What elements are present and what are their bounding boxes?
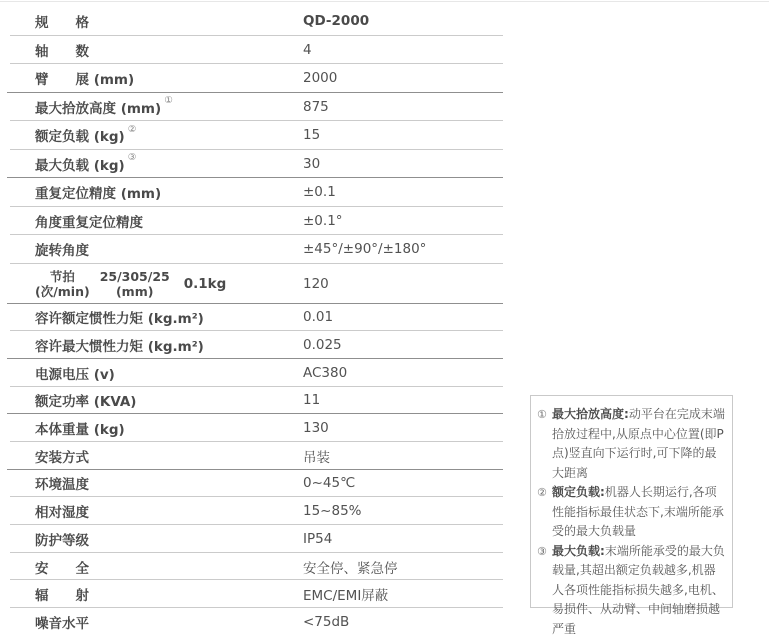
- spec-sheet: 规 格QD-2000轴 数4臂 展 (mm)2000最大拾放高度 (mm)①87…: [0, 0, 769, 641]
- footnote-number: ②: [537, 483, 552, 503]
- stacked-top: 25/305/25: [100, 269, 170, 284]
- row-label: 噪音水平: [7, 612, 303, 632]
- row-value: ±0.1°: [303, 213, 343, 229]
- footnotes-box: ①最大拾放高度:动平台在完成末端拾放过程中,从原点中心位置(即P点)竖直向下运行…: [530, 395, 733, 608]
- footnote-term: 最大拾放高度:: [552, 407, 629, 421]
- row-label: 轴 数: [7, 40, 303, 60]
- row-label: 臂 展 (mm): [7, 68, 303, 88]
- row-value: 安全停、紧急停: [303, 557, 398, 577]
- table-row: 额定功率 (KVA)11: [7, 387, 503, 415]
- row-label-text: 防护等级: [35, 529, 89, 549]
- row-label-text: 相对湿度: [35, 501, 89, 521]
- table-row: 安 全安全停、紧急停: [7, 553, 503, 581]
- row-label-text: 容许额定惯性力矩 (kg.m²): [35, 307, 204, 327]
- table-row: 最大负载 (kg)③30: [7, 150, 503, 179]
- footnote-marker: ①: [164, 95, 173, 106]
- row-value: QD-2000: [303, 13, 369, 29]
- table-row: 安装方式吊装: [7, 442, 503, 470]
- row-label-text: 本体重量 (kg): [35, 418, 125, 438]
- row-label-text: 环境温度: [35, 473, 89, 493]
- footnote: ①最大拾放高度:动平台在完成末端拾放过程中,从原点中心位置(即P点)竖直向下运行…: [537, 405, 725, 483]
- row-label: 规 格: [7, 11, 303, 31]
- footnote: ②额定负载:机器人长期运行,各项性能指标最佳状态下,末端所能承受的最大负载量: [537, 483, 725, 542]
- footnote: ③最大负载:末端所能承受的最大负载量,其超出额定负载越多,机器人各项性能指标损失…: [537, 542, 725, 640]
- row-value: 30: [303, 156, 320, 172]
- row-value: 2000: [303, 70, 337, 86]
- stacked-bottom: (次/min): [35, 284, 90, 299]
- row-value: 0.01: [303, 309, 333, 325]
- footnote-term: 最大负载:: [552, 544, 605, 558]
- row-label-text: 电源电压 (v): [35, 363, 115, 383]
- row-label: 环境温度: [7, 473, 303, 493]
- row-value: ±0.1: [303, 184, 336, 200]
- row-label: 安 全: [7, 557, 303, 577]
- row-label: 安装方式: [7, 446, 303, 466]
- footnote-text: 最大拾放高度:动平台在完成末端拾放过程中,从原点中心位置(即P点)竖直向下运行时…: [552, 405, 725, 483]
- stacked-bottom: (mm): [116, 284, 153, 299]
- row-label: 节拍(次/min)25/305/25(mm)0.1kg: [7, 269, 303, 299]
- row-label: 额定功率 (KVA): [7, 390, 303, 410]
- row-label: 额定负载 (kg)②: [7, 125, 303, 145]
- table-row: 规 格QD-2000: [7, 7, 503, 36]
- row-value: IP54: [303, 531, 332, 547]
- row-label: 容许额定惯性力矩 (kg.m²): [7, 307, 303, 327]
- row-label-text: 噪音水平: [35, 612, 89, 632]
- row-label-text: 额定功率 (KVA): [35, 390, 136, 410]
- table-row: 臂 展 (mm)2000: [7, 64, 503, 93]
- row-label: 角度重复定位精度: [7, 211, 303, 231]
- table-row: 辐 射EMC/EMI屏蔽: [7, 580, 503, 608]
- row-label: 重复定位精度 (mm): [7, 182, 303, 202]
- footnote-marker: ②: [128, 124, 137, 135]
- row-value: 4: [303, 42, 312, 58]
- table-row: 容许最大惯性力矩 (kg.m²)0.025: [7, 331, 503, 359]
- table-row: 重复定位精度 (mm)±0.1: [7, 178, 503, 207]
- row-label-text: 规 格: [35, 11, 89, 31]
- row-value: 120: [303, 276, 329, 292]
- row-label-stacked: 节拍(次/min): [35, 269, 90, 299]
- row-value: 0.025: [303, 337, 342, 353]
- row-label-stacked: 25/305/25(mm): [100, 269, 170, 299]
- footnote-term: 额定负载:: [552, 485, 605, 499]
- table-row: 相对湿度15~85%: [7, 497, 503, 525]
- row-label-text: 安装方式: [35, 446, 89, 466]
- row-label-text: 旋转角度: [35, 239, 89, 259]
- table-row: 旋转角度±45°/±90°/±180°: [7, 235, 503, 264]
- row-label-text: 安 全: [35, 557, 89, 577]
- table-row: 角度重复定位精度±0.1°: [7, 207, 503, 236]
- table-row: 容许额定惯性力矩 (kg.m²)0.01: [7, 304, 503, 332]
- row-value: 875: [303, 99, 329, 115]
- row-label-text: 轴 数: [35, 40, 89, 60]
- row-label-text: 最大拾放高度 (mm): [35, 97, 161, 117]
- row-label-extra: 0.1kg: [184, 276, 227, 292]
- row-label-text: 角度重复定位精度: [35, 211, 143, 231]
- row-value: EMC/EMI屏蔽: [303, 584, 388, 604]
- row-label: 相对湿度: [7, 501, 303, 521]
- stacked-top: 节拍: [50, 269, 75, 284]
- row-value: 0~45℃: [303, 475, 355, 491]
- table-row: 最大拾放高度 (mm)①875: [7, 93, 503, 122]
- page-top-divider: [0, 1, 769, 2]
- row-label-text: 辐 射: [35, 584, 89, 604]
- row-label-text: 重复定位精度 (mm): [35, 182, 161, 202]
- table-row: 本体重量 (kg)130: [7, 414, 503, 442]
- row-value: ±45°/±90°/±180°: [303, 241, 426, 257]
- table-row: 防护等级IP54: [7, 525, 503, 553]
- row-label: 最大拾放高度 (mm)①: [7, 97, 303, 117]
- table-row: 额定负载 (kg)②15: [7, 121, 503, 150]
- row-value: 15: [303, 127, 320, 143]
- table-row: 电源电压 (v)AC380: [7, 359, 503, 387]
- row-label-text: 额定负载 (kg): [35, 125, 125, 145]
- row-value: AC380: [303, 365, 347, 381]
- row-label: 辐 射: [7, 584, 303, 604]
- row-value: 吊装: [303, 446, 330, 466]
- row-value: 130: [303, 420, 329, 436]
- footnote-number: ③: [537, 542, 552, 562]
- footnote-number: ①: [537, 405, 552, 425]
- table-row: 节拍(次/min)25/305/25(mm)0.1kg120: [7, 264, 503, 304]
- spec-table: 规 格QD-2000轴 数4臂 展 (mm)2000最大拾放高度 (mm)①87…: [7, 7, 503, 636]
- footnote-text: 最大负载:末端所能承受的最大负载量,其超出额定负载越多,机器人各项性能指标损失越…: [552, 542, 725, 640]
- footnote-marker: ③: [128, 152, 137, 163]
- row-label: 防护等级: [7, 529, 303, 549]
- footnote-text: 额定负载:机器人长期运行,各项性能指标最佳状态下,末端所能承受的最大负载量: [552, 483, 725, 542]
- row-label: 旋转角度: [7, 239, 303, 259]
- row-value: 15~85%: [303, 503, 362, 519]
- row-value: <75dB: [303, 614, 349, 630]
- table-row: 轴 数4: [7, 36, 503, 65]
- row-label: 最大负载 (kg)③: [7, 154, 303, 174]
- row-value: 11: [303, 392, 320, 408]
- row-label-text: 臂 展 (mm): [35, 68, 134, 88]
- row-label: 电源电压 (v): [7, 363, 303, 383]
- table-row: 环境温度0~45℃: [7, 470, 503, 498]
- row-label: 容许最大惯性力矩 (kg.m²): [7, 335, 303, 355]
- row-label: 本体重量 (kg): [7, 418, 303, 438]
- row-label-text: 最大负载 (kg): [35, 154, 125, 174]
- row-label-text: 容许最大惯性力矩 (kg.m²): [35, 335, 204, 355]
- table-row: 噪音水平<75dB: [7, 608, 503, 636]
